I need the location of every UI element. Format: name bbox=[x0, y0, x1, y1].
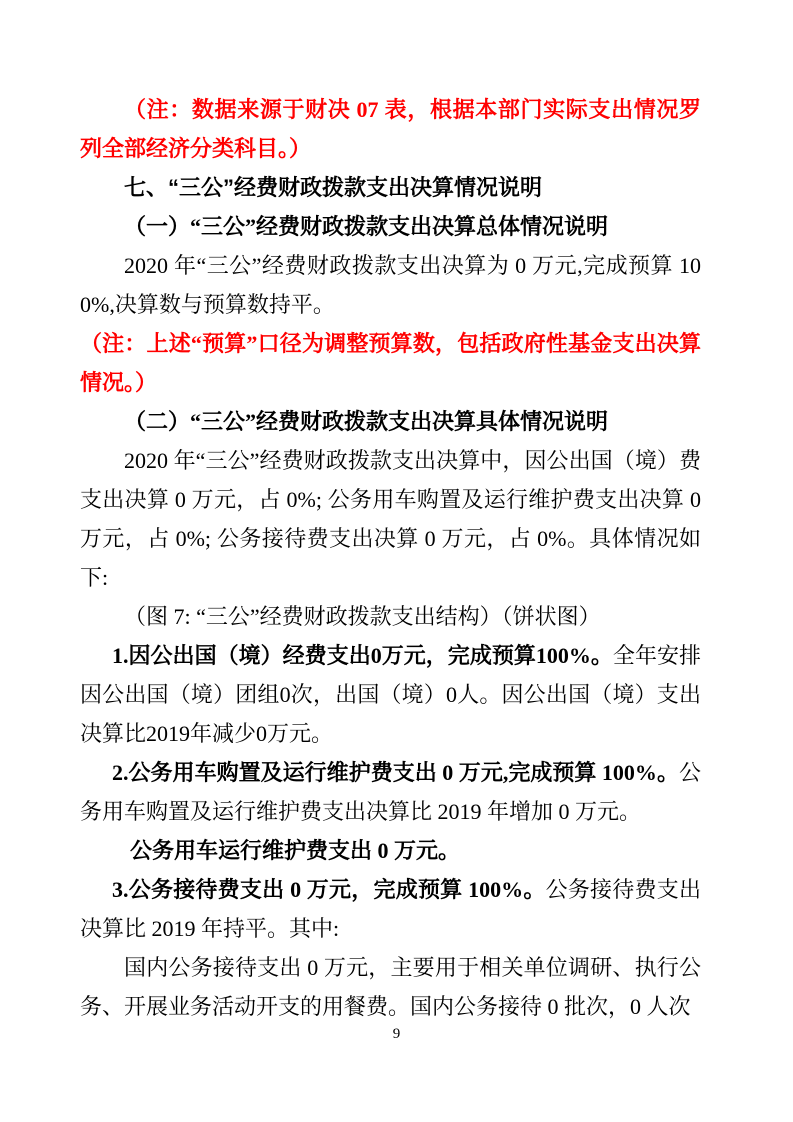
section-7-heading: 七、“三公”经费财政拨款支出决算情况说明 bbox=[80, 168, 701, 207]
note-budget-caliber: （注：上述“预算”口径为调整预算数，包括政府性基金支出决算情况。） bbox=[80, 324, 701, 402]
document-page: （注：数据来源于财决 07 表，根据本部门实际支出情况罗列全部经济分类科目。） … bbox=[0, 0, 793, 1122]
subsection-2-heading: （二）“三公”经费财政拨款支出决算具体情况说明 bbox=[80, 402, 701, 441]
item-2-vehicle-expense: 2.公务用车购置及运行维护费支出 0 万元,完成预算 100%。公务用车购置及运… bbox=[80, 753, 701, 831]
subsection-1-body: 2020 年“三公”经费财政拨款支出决算为 0 万元,完成预算 100%,决算数… bbox=[80, 246, 701, 324]
subsection-2-body: 2020 年“三公”经费财政拨款支出决算中，因公出国（境）费支出决算 0 万元，… bbox=[80, 441, 701, 597]
note-data-source: （注：数据来源于财决 07 表，根据本部门实际支出情况罗列全部经济分类科目。） bbox=[80, 90, 701, 168]
item-2-vehicle-maintenance: 公务用车运行维护费支出 0 万元。 bbox=[80, 831, 701, 870]
subsection-1-heading: （一）“三公”经费财政拨款支出决算总体情况说明 bbox=[80, 207, 701, 246]
figure-7-caption: （图 7: “三公”经费财政拨款支出结构）（饼状图） bbox=[80, 597, 701, 636]
document-body: （注：数据来源于财决 07 表，根据本部门实际支出情况罗列全部经济分类科目。） … bbox=[0, 0, 793, 1026]
page-number: 9 bbox=[0, 1026, 793, 1043]
item-2-lead: 2.公务用车购置及运行维护费支出 0 万元,完成预算 100%。 bbox=[112, 760, 679, 785]
item-3-lead: 3.公务接待费支出 0 万元，完成预算 100%。 bbox=[112, 877, 546, 902]
item-1-lead: 1.因公出国（境）经费支出0万元，完成预算100%。 bbox=[112, 643, 613, 668]
item-3-domestic-reception-detail: 国内公务接待支出 0 万元，主要用于相关单位调研、执行公务、开展业务活动开支的用… bbox=[80, 948, 701, 1026]
item-3-reception-expense: 3.公务接待费支出 0 万元，完成预算 100%。公务接待费支出决算比 2019… bbox=[80, 870, 701, 948]
item-1-abroad-expense: 1.因公出国（境）经费支出0万元，完成预算100%。全年安排因公出国（境）团组0… bbox=[80, 636, 701, 753]
